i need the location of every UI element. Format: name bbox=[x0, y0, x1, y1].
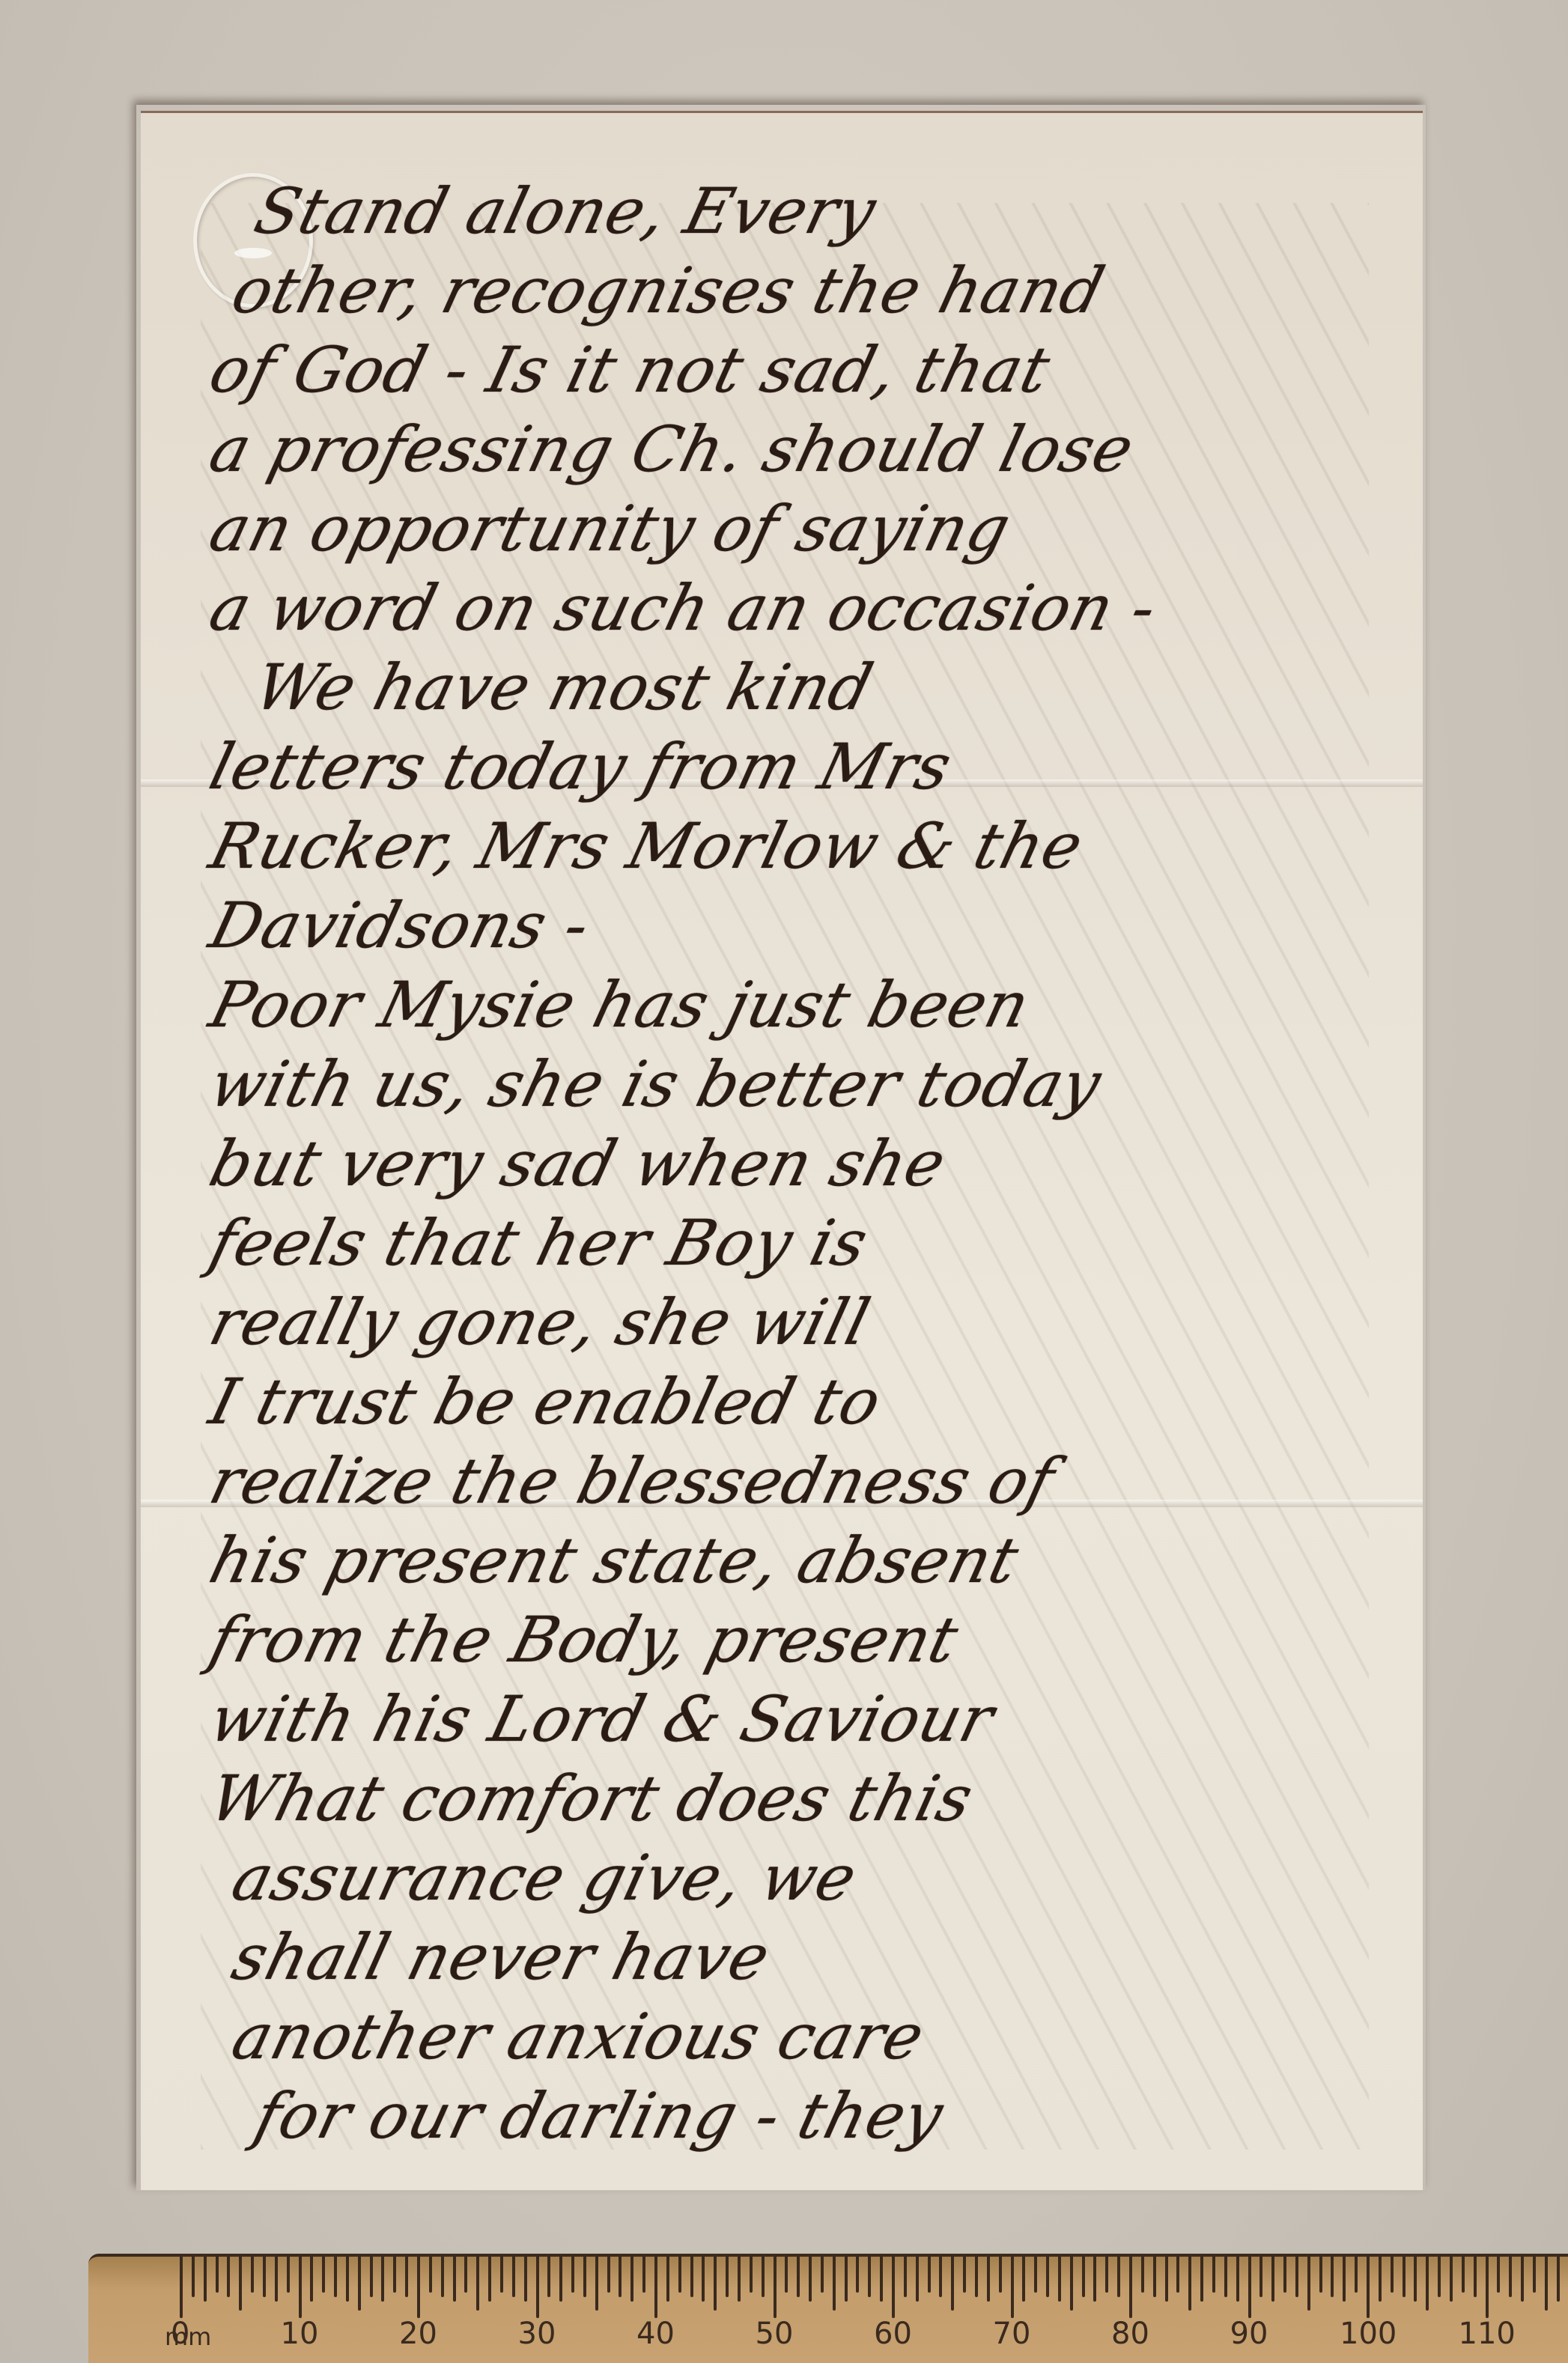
ruler-tick bbox=[299, 2257, 302, 2318]
ruler-tick bbox=[370, 2257, 373, 2297]
ruler-tick bbox=[1474, 2257, 1477, 2297]
ruler-tick bbox=[405, 2257, 408, 2297]
ruler-tick bbox=[1367, 2257, 1370, 2318]
ruler-tick bbox=[1248, 2257, 1251, 2318]
ruler-tick bbox=[346, 2257, 349, 2302]
ruler-tick bbox=[595, 2257, 598, 2311]
ruler-tick bbox=[287, 2257, 290, 2293]
ruler-tick bbox=[1403, 2257, 1406, 2297]
ruler-tick bbox=[322, 2257, 325, 2293]
ruler-tick bbox=[1426, 2257, 1429, 2311]
ruler-tick bbox=[856, 2257, 859, 2293]
ruler-tick bbox=[1129, 2257, 1132, 2318]
ruler-label: 50 bbox=[756, 2317, 794, 2351]
ruler-tick bbox=[500, 2257, 503, 2293]
ruler-tick bbox=[239, 2257, 242, 2311]
text-line: with his Lord & Saviour bbox=[202, 1679, 1420, 1759]
ruler-tick bbox=[951, 2257, 954, 2311]
ruler-tick bbox=[833, 2257, 836, 2311]
text-line: letters today from Mrs bbox=[202, 727, 1420, 806]
ruler-tick bbox=[619, 2257, 622, 2297]
ruler-tick bbox=[393, 2257, 396, 2293]
ruler-tick bbox=[476, 2257, 479, 2311]
text-line: a word on such an occasion - bbox=[202, 568, 1420, 648]
ruler-tick bbox=[1165, 2257, 1168, 2302]
ruler-tick bbox=[1058, 2257, 1061, 2302]
ruler-tick bbox=[797, 2257, 800, 2297]
text-line: shall never have bbox=[202, 1918, 1420, 1997]
text-line: a professing Ch. should lose bbox=[202, 410, 1420, 489]
ruler-tick bbox=[916, 2257, 919, 2302]
ruler-tick bbox=[845, 2257, 848, 2302]
text-line: assurance give, we bbox=[202, 1838, 1420, 1918]
ruler-tick bbox=[1355, 2257, 1358, 2293]
ruler-tick bbox=[1438, 2257, 1441, 2297]
text-line: Stand alone, Every bbox=[202, 171, 1420, 251]
handwritten-text: Stand alone, Every other, recognises the… bbox=[212, 171, 1410, 2156]
ruler-tick bbox=[1283, 2257, 1286, 2293]
ruler-tick bbox=[1533, 2257, 1536, 2293]
ruler-tick bbox=[1271, 2257, 1274, 2302]
text-line: Poor Mysie has just been bbox=[202, 965, 1420, 1044]
ruler-tick bbox=[1236, 2257, 1239, 2302]
ruler-tick bbox=[524, 2257, 527, 2302]
ruler-tick bbox=[275, 2257, 278, 2302]
measurement-ruler: mm 0102030405060708090100110120 bbox=[88, 2254, 1568, 2363]
ruler-tick bbox=[1545, 2257, 1548, 2311]
ruler-label: 110 bbox=[1459, 2317, 1516, 2351]
ruler-tick bbox=[1450, 2257, 1453, 2302]
ruler-tick bbox=[963, 2257, 966, 2293]
ruler-label: 10 bbox=[281, 2317, 319, 2351]
ruler-tick bbox=[809, 2257, 812, 2302]
ruler-tick bbox=[702, 2257, 705, 2302]
ruler-tick bbox=[1557, 2257, 1560, 2302]
ruler-tick bbox=[607, 2257, 610, 2293]
ruler-label: 30 bbox=[518, 2317, 556, 2351]
ruler-tick bbox=[512, 2257, 515, 2297]
text-line: for our darling - they bbox=[202, 2076, 1420, 2156]
ruler-tick bbox=[821, 2257, 824, 2293]
letter-page: Stand alone, Every other, recognises the… bbox=[141, 111, 1423, 2190]
ruler-tick bbox=[1046, 2257, 1049, 2297]
ruler-tick bbox=[216, 2257, 219, 2293]
ruler-tick bbox=[227, 2257, 230, 2297]
text-line: but very sad when she bbox=[202, 1124, 1420, 1203]
ruler-tick bbox=[738, 2257, 741, 2302]
text-line: Rucker, Mrs Morlow & the bbox=[202, 806, 1420, 886]
ruler-tick bbox=[726, 2257, 729, 2297]
ruler-tick bbox=[263, 2257, 266, 2297]
text-line: an opportunity of saying bbox=[202, 489, 1420, 568]
ruler-tick bbox=[1319, 2257, 1322, 2293]
ruler-tick bbox=[1212, 2257, 1215, 2293]
ruler-tick bbox=[666, 2257, 669, 2302]
ruler-tick bbox=[488, 2257, 491, 2302]
ruler-tick bbox=[1521, 2257, 1524, 2302]
ruler-tick bbox=[642, 2257, 645, 2293]
ruler-tick bbox=[654, 2257, 657, 2318]
ruler-tick bbox=[381, 2257, 384, 2302]
ruler-tick bbox=[251, 2257, 254, 2293]
ruler-tick bbox=[690, 2257, 693, 2297]
ruler-tick bbox=[310, 2257, 313, 2302]
ruler-tick bbox=[1259, 2257, 1262, 2297]
ruler-label: 90 bbox=[1230, 2317, 1268, 2351]
ruler-label: 80 bbox=[1111, 2317, 1149, 2351]
ruler-tick bbox=[1497, 2257, 1500, 2293]
ruler-tick bbox=[892, 2257, 895, 2318]
text-line: from the Body, present bbox=[202, 1600, 1420, 1679]
ruler-tick bbox=[1093, 2257, 1096, 2302]
ruler-tick bbox=[1200, 2257, 1203, 2302]
ruler-tick bbox=[204, 2257, 207, 2302]
ruler-tick bbox=[880, 2257, 883, 2302]
ruler-tick bbox=[714, 2257, 717, 2311]
ruler-tick bbox=[975, 2257, 978, 2297]
ruler-tick bbox=[939, 2257, 942, 2297]
ruler-tick bbox=[547, 2257, 550, 2297]
ruler-tick bbox=[785, 2257, 788, 2293]
ruler-tick bbox=[536, 2257, 539, 2318]
text-line: realize the blessedness of bbox=[202, 1441, 1420, 1521]
ruler-label: 0 bbox=[171, 2317, 189, 2351]
ruler-tick bbox=[1070, 2257, 1073, 2311]
ruler-tick bbox=[1105, 2257, 1108, 2293]
text-line: feels that her Boy is bbox=[202, 1203, 1420, 1283]
ruler-tick bbox=[999, 2257, 1002, 2293]
text-line: Davidsons - bbox=[202, 886, 1420, 965]
text-line: I trust be enabled to bbox=[202, 1362, 1420, 1441]
ruler-tick bbox=[678, 2257, 681, 2293]
ruler-tick bbox=[762, 2257, 765, 2297]
ruler-tick bbox=[1224, 2257, 1227, 2297]
ruler-tick bbox=[774, 2257, 777, 2318]
ruler-tick bbox=[441, 2257, 444, 2297]
ruler-tick bbox=[1011, 2257, 1014, 2318]
ruler-tick bbox=[868, 2257, 871, 2297]
ruler-tick bbox=[928, 2257, 931, 2293]
text-line: of God - Is it not sad, that bbox=[202, 330, 1420, 410]
ruler-tick bbox=[464, 2257, 467, 2293]
ruler-tick bbox=[417, 2257, 420, 2318]
ruler-tick bbox=[358, 2257, 361, 2311]
ruler-label: 20 bbox=[399, 2317, 437, 2351]
ruler-tick bbox=[1141, 2257, 1144, 2293]
text-line: another anxious care bbox=[202, 1997, 1420, 2076]
ruler-tick bbox=[583, 2257, 586, 2297]
ruler-tick bbox=[453, 2257, 456, 2302]
ruler-tick bbox=[1082, 2257, 1085, 2297]
ruler-tick bbox=[750, 2257, 753, 2293]
ruler-tick bbox=[571, 2257, 574, 2293]
ruler-tick bbox=[1462, 2257, 1465, 2293]
ruler-label: 70 bbox=[993, 2317, 1031, 2351]
text-line: We have most kind bbox=[202, 648, 1420, 727]
text-line: really gone, she will bbox=[202, 1283, 1420, 1362]
text-line: with us, she is better today bbox=[202, 1044, 1420, 1124]
ruler-tick bbox=[1379, 2257, 1382, 2302]
ruler-tick bbox=[1391, 2257, 1394, 2293]
ruler-label: 40 bbox=[636, 2317, 675, 2351]
ruler-tick bbox=[1486, 2257, 1489, 2318]
ruler-tick bbox=[429, 2257, 432, 2293]
ruler-tick bbox=[630, 2257, 633, 2302]
ruler-tick bbox=[559, 2257, 562, 2302]
ruler-tick bbox=[1153, 2257, 1156, 2297]
ruler-tick bbox=[1176, 2257, 1179, 2293]
ruler-tick bbox=[1034, 2257, 1037, 2293]
ruler-tick bbox=[1307, 2257, 1310, 2311]
ruler-tick bbox=[1117, 2257, 1120, 2297]
ruler-label: 60 bbox=[874, 2317, 912, 2351]
ruler-label: 100 bbox=[1340, 2317, 1397, 2351]
ruler-tick bbox=[1343, 2257, 1346, 2302]
ruler-tick bbox=[1509, 2257, 1512, 2297]
ruler-tick bbox=[904, 2257, 907, 2297]
ruler-tick bbox=[1188, 2257, 1191, 2311]
ruler-tick bbox=[180, 2257, 183, 2318]
ruler-tick bbox=[1295, 2257, 1298, 2297]
ruler-tick bbox=[987, 2257, 990, 2302]
text-line: What comfort does this bbox=[202, 1759, 1420, 1838]
ruler-tick bbox=[1022, 2257, 1025, 2302]
ruler-tick bbox=[1331, 2257, 1334, 2297]
text-line: his present state, absent bbox=[202, 1521, 1420, 1600]
text-line: other, recognises the hand bbox=[202, 251, 1420, 330]
ruler-tick bbox=[334, 2257, 337, 2297]
ruler-tick bbox=[192, 2257, 195, 2297]
ruler-tick bbox=[1414, 2257, 1417, 2302]
